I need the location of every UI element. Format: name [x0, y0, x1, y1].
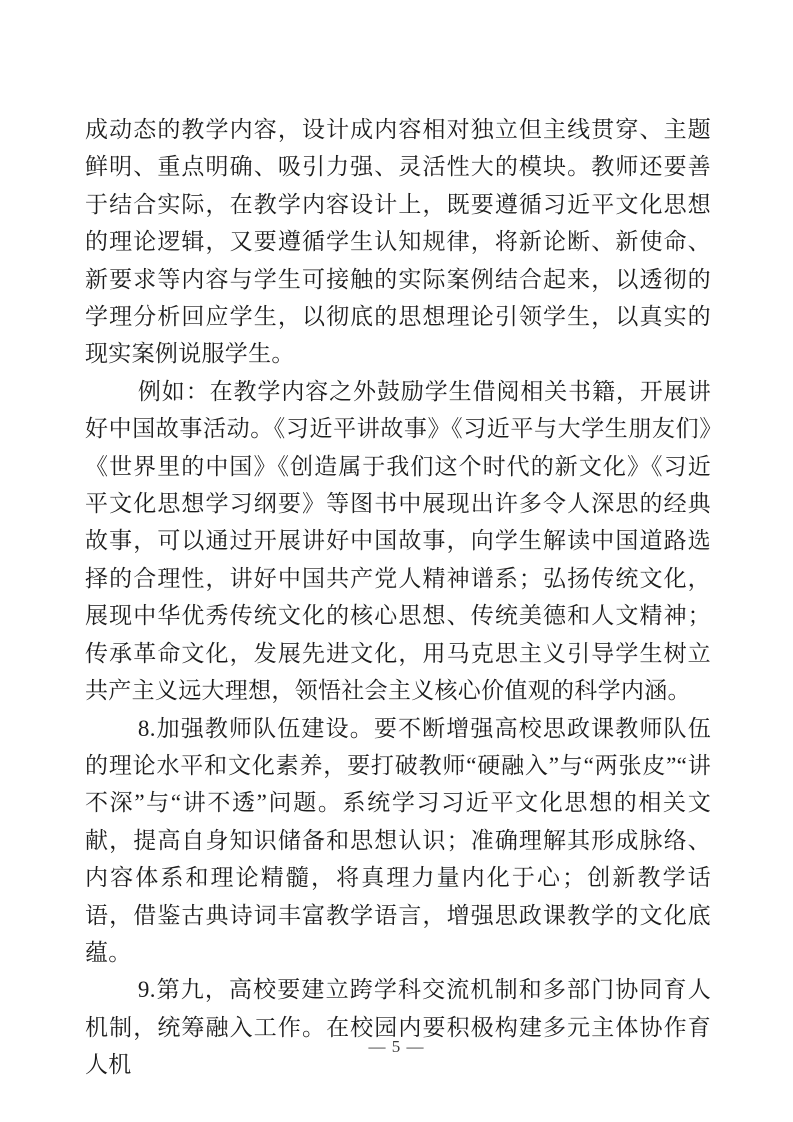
document-body: 成动态的教学内容，设计成内容相对独立但主线贯穿、主题鲜明、重点明确、吸引力强、灵… — [85, 111, 711, 1084]
document-page: 成动态的教学内容，设计成内容相对独立但主线贯穿、主题鲜明、重点明确、吸引力强、灵… — [0, 0, 793, 1122]
paragraph-item-9: 9.第九，高校要建立跨学科交流机制和多部门协同育人机制，统筹融入工作。在校园内要… — [85, 971, 711, 1083]
paragraph-example: 例如：在教学内容之外鼓励学生借阅相关书籍，开展讲好中国故事活动。《习近平讲故事》… — [85, 373, 711, 710]
page-number: — 5 — — [0, 1035, 793, 1059]
paragraph-item-8: 8.加强教师队伍建设。要不断增强高校思政课教师队伍的理论水平和文化素养，要打破教… — [85, 710, 711, 972]
paragraph-continuation: 成动态的教学内容，设计成内容相对独立但主线贯穿、主题鲜明、重点明确、吸引力强、灵… — [85, 111, 711, 373]
